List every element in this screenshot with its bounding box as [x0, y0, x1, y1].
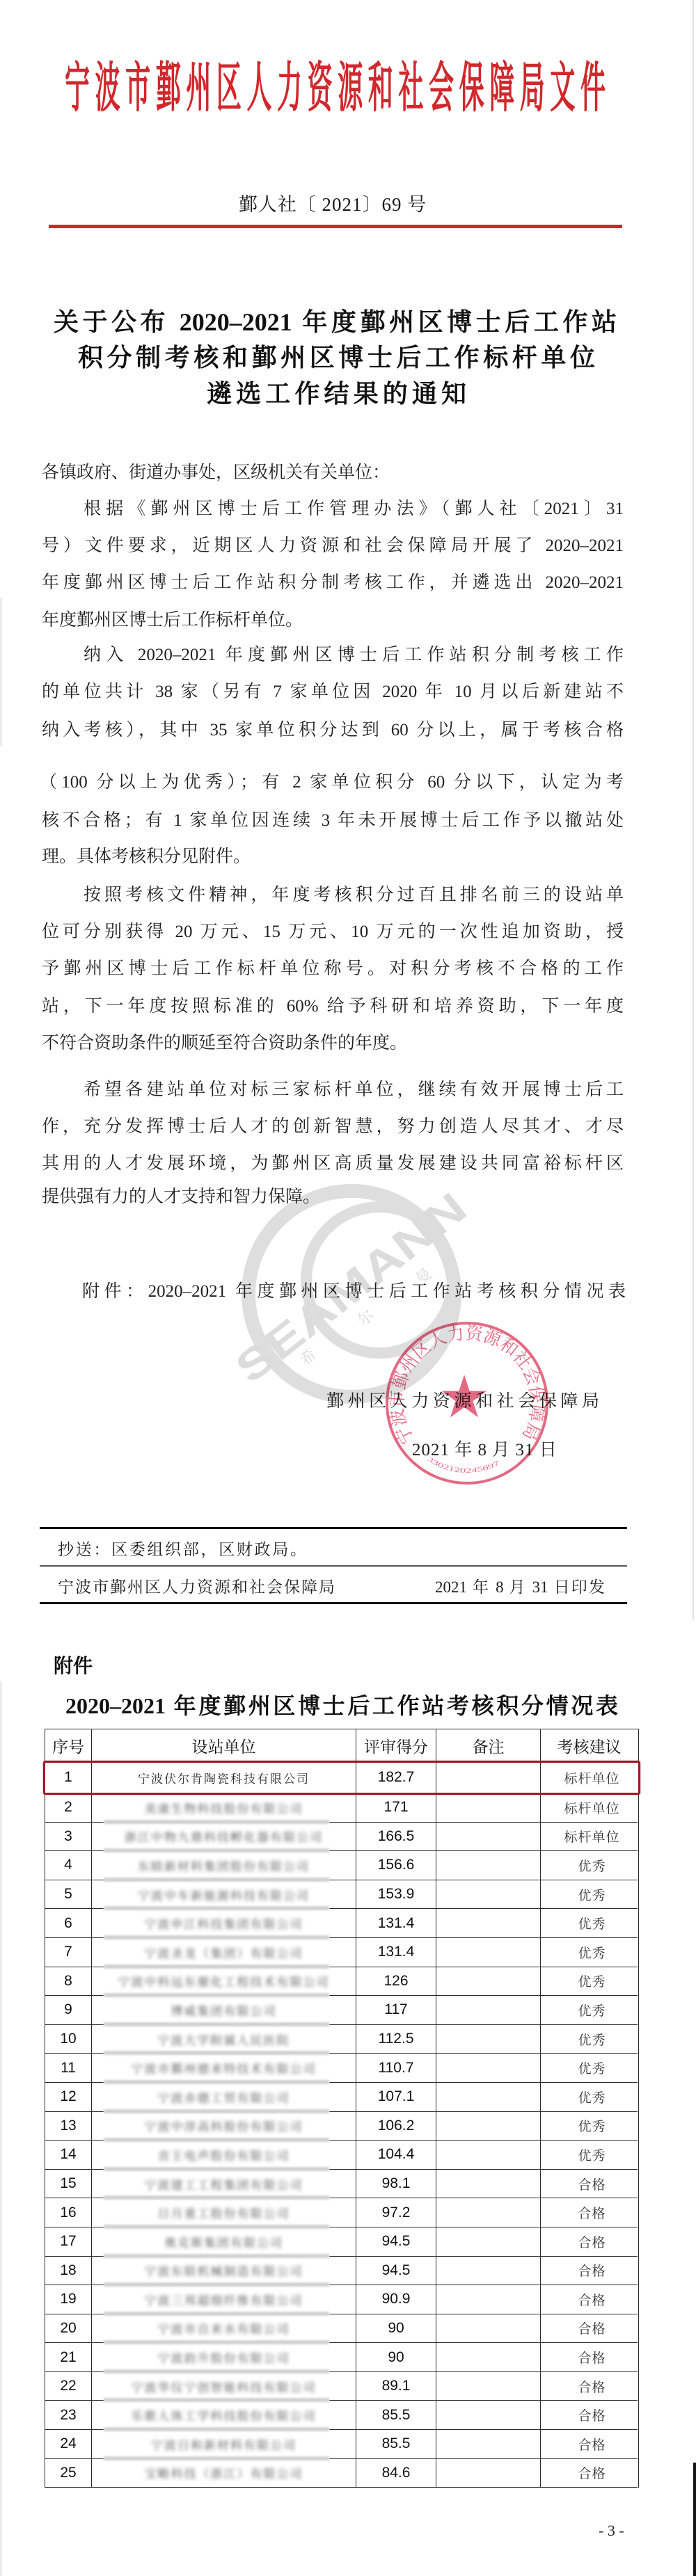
page-number: - 3 -: [599, 2521, 624, 2541]
cell-unit: 宁波东联机械制造有限公司: [92, 2257, 356, 2286]
cell-serial-no: 20: [45, 2314, 92, 2344]
seal-star-icon: [442, 1375, 487, 1418]
cell-serial-no: 2: [45, 1793, 92, 1823]
cell-remark: [436, 1909, 541, 1938]
cell-remark: [436, 1823, 541, 1852]
cell-remark: [436, 2198, 541, 2227]
unit-name: 浙江中物九鼎科技孵化器有限公司: [125, 1827, 323, 1845]
cell-unit: 宁波中淳高科股份有限公司: [92, 2112, 356, 2141]
annex-table-title: 2020–2021 年度鄞州区博士后工作站考核积分情况表: [65, 1692, 618, 1720]
cell-unit: 宁波三邦超细纤维有限公司: [92, 2285, 356, 2314]
cell-unit: 宁波华仪宁创智能科技有限公司: [92, 2372, 356, 2401]
issue-date: 2021 年 8 月 31 日印发: [435, 1576, 605, 1599]
cell-unit: 宁波中车新能源科技有限公司: [92, 1880, 356, 1910]
cell-remark: [436, 2141, 541, 2170]
cc-recipients: 抄送：区委组织部，区财政局。: [58, 1539, 306, 1561]
unit-name: 宁波建工工程集团有限公司: [145, 2175, 303, 2193]
unit-name: 东睦新材料集团股份有限公司: [138, 1857, 310, 1874]
table-row: 10 宁波大学附属人民医院 112.5 优秀: [45, 2025, 638, 2054]
table-row: 16 日月重工股份有限公司 97.2 合格: [45, 2198, 638, 2227]
cell-unit: 宁波日和新材料有限公司: [92, 2430, 356, 2459]
body-line: 理。具体考核积分见附件。: [42, 846, 251, 868]
cell-serial-no: 7: [45, 1938, 92, 1967]
unit-name: 宁波市鄞州德来特技术有限公司: [132, 2059, 317, 2077]
body-line: 希望各建站单位对标三家标杆单位，继续有效开展博士后工: [84, 1079, 624, 1101]
cell-serial-no: 11: [45, 2054, 92, 2083]
cell-unit: 宁波大学附属人民医院: [92, 2025, 356, 2054]
cell-serial-no: 14: [45, 2141, 92, 2170]
cell-suggestion: 合格: [541, 2430, 638, 2459]
seal-number-textpath: 3302120245697: [426, 1455, 501, 1475]
body-line: 纳入 2020–2021 年度鄞州区博士后工作站积分制考核工作: [84, 644, 624, 666]
cell-unit: 宁波市鄞州德来特技术有限公司: [92, 2054, 356, 2083]
cell-unit: 美康生物科技股份有限公司: [92, 1793, 356, 1823]
table-header-row: 序号 设站单位 评审得分 备注 考核建议: [45, 1729, 638, 1762]
cell-serial-no: 23: [45, 2401, 92, 2430]
table-row: 20 宁波市自来水有限公司 90 合格: [45, 2314, 638, 2344]
table-row: 8 宁波中科远东催化工程技术有限公司 126 优秀: [45, 1967, 638, 1997]
cell-unit: 宁波中科远东催化工程技术有限公司: [92, 1967, 356, 1997]
cell-suggestion: 优秀: [541, 1880, 638, 1910]
cell-remark: [436, 1967, 541, 1997]
table-row: 17 奥克斯集团有限公司 94.5 合格: [45, 2227, 638, 2257]
red-separator-line: [49, 225, 622, 228]
unit-name: 宝略科技（浙江）有限公司: [145, 2464, 303, 2481]
unit-name: 宁波日和新材料有限公司: [151, 2435, 296, 2453]
unit-name: 奥克斯集团有限公司: [164, 2233, 283, 2250]
cell-remark: [436, 2459, 541, 2488]
cell-remark: [436, 1793, 541, 1823]
cell-score: 153.9: [356, 1880, 436, 1910]
table-row: 13 宁波中淳高科股份有限公司 106.2 优秀: [45, 2112, 638, 2141]
table-row: 24 宁波日和新材料有限公司 85.5 合格: [45, 2430, 638, 2459]
page-edge-bar: [693, 2463, 696, 2576]
cell-remark: [436, 2025, 541, 2054]
seal-number-text: 3302120245697: [426, 1455, 501, 1475]
document-number: 鄞人社〔 2021〕69 号: [0, 193, 665, 216]
cell-score: 112.5: [356, 2025, 436, 2054]
cell-suggestion: 合格: [541, 2227, 638, 2257]
cell-suggestion: 优秀: [541, 1851, 638, 1880]
table-row: 21 宁波韵升股份有限公司 90 合格: [45, 2343, 638, 2372]
table-row: 4 东睦新材料集团股份有限公司 156.6 优秀: [45, 1851, 638, 1880]
cell-score: 131.4: [356, 1938, 436, 1967]
body-line: 年度鄞州区博士后工作站积分制考核工作，并遴选出 2020–2021: [42, 572, 624, 594]
table-row: 1 宁波伏尔肯陶瓷科技有限公司 182.7 标杆单位: [45, 1762, 638, 1793]
cell-unit: 宝略科技（浙江）有限公司: [92, 2459, 356, 2488]
cell-serial-no: 15: [45, 2170, 92, 2199]
cell-remark: [436, 2285, 541, 2314]
body-line: 予鄞州区博士后工作标杆单位称号。对积分考核不合格的工作: [42, 958, 624, 980]
official-seal-stamp: 宁波市鄞州区人力资源和社会保障局 3302120245697: [380, 1316, 554, 1490]
body-line: 核不合格；有 1 家单位因连续 3 年未开展博士后工作予以撤站处: [42, 810, 624, 832]
cell-suggestion: 合格: [541, 2285, 638, 2314]
cell-serial-no: 6: [45, 1909, 92, 1938]
cell-suggestion: 合格: [541, 2401, 638, 2430]
unit-name: 宁波中车新能源科技有限公司: [138, 1886, 310, 1903]
distribution-middle-rule: [40, 1565, 627, 1567]
cell-score: 131.4: [356, 1909, 436, 1938]
table-row: 2 美康生物科技股份有限公司 171 标杆单位: [45, 1793, 638, 1823]
unit-name: 宁波申江科技集团有限公司: [145, 1914, 303, 1932]
cell-serial-no: 25: [45, 2459, 92, 2488]
cell-suggestion: 合格: [541, 2170, 638, 2199]
cell-score: 85.5: [356, 2430, 436, 2459]
cell-score: 90: [356, 2314, 436, 2344]
notice-title-line-1: 关于公布 2020–2021 年度鄞州区博士后工作站: [54, 307, 617, 337]
cell-suggestion: 标杆单位: [541, 1823, 638, 1852]
cell-unit: 宁波市自来水有限公司: [92, 2314, 356, 2344]
column-header-unit: 设站单位: [92, 1729, 356, 1762]
cell-suggestion: 合格: [541, 2257, 638, 2286]
cell-score: 107.1: [356, 2083, 436, 2112]
cell-score: 89.1: [356, 2372, 436, 2401]
body-line: 其用的人才发展环境，为鄞州区高质量发展建设共同富裕标杆区: [42, 1153, 624, 1175]
assessment-score-table: 序号 设站单位 评审得分 备注 考核建议 1 宁波伏尔肯陶瓷科技有限公司 182…: [45, 1729, 639, 2488]
column-header-remark: 备注: [436, 1729, 541, 1762]
unit-name: 宁波赤德工贸有限公司: [158, 2088, 290, 2106]
cell-unit: 音王电声股份有限公司: [92, 2141, 356, 2170]
column-header-no: 序号: [45, 1729, 92, 1762]
cell-serial-no: 21: [45, 2343, 92, 2372]
notice-title-line-2: 积分制考核和鄞州区博士后工作标杆单位: [78, 342, 595, 373]
unit-name: 宁波圣龙（集团）有限公司: [145, 1944, 303, 1961]
cell-serial-no: 10: [45, 2025, 92, 2054]
unit-name: 宁波东联机械制造有限公司: [145, 2262, 303, 2279]
cell-score: 126: [356, 1967, 436, 1997]
cell-remark: [436, 1762, 541, 1793]
attachment-note: 附件：2020–2021 年度鄞州区博士后工作站考核积分情况表: [82, 1281, 626, 1303]
body-line: 按照考核文件精神，年度考核积分过百且排名前三的设站单: [84, 884, 624, 906]
unit-name: 宁波三邦超细纤维有限公司: [145, 2291, 303, 2308]
unit-name: 宁波韵升股份有限公司: [158, 2349, 290, 2366]
cell-remark: [436, 2430, 541, 2459]
body-line: 年度鄞州区博士后工作标杆单位。: [42, 609, 303, 632]
body-line: 号）文件要求，近期区人力资源和社会保障局开展了 2020–2021: [42, 535, 624, 557]
cell-score: 106.2: [356, 2112, 436, 2141]
cell-remark: [436, 2112, 541, 2141]
cell-suggestion: 优秀: [541, 2025, 638, 2054]
unit-name: 日月重工股份有限公司: [158, 2204, 290, 2221]
cell-remark: [436, 2083, 541, 2112]
cell-suggestion: 合格: [541, 2314, 638, 2344]
body-line: 纳入考核），其中 35 家单位积分达到 60 分以上，属于考核合格: [42, 719, 624, 742]
body-line: （100 分以上为优秀）；有 2 家单位积分 60 分以下，认定为考: [40, 771, 624, 794]
cell-score: 166.5: [356, 1823, 436, 1852]
table-row: 5 宁波中车新能源科技有限公司 153.9 优秀: [45, 1880, 638, 1910]
cell-score: 117: [356, 1996, 436, 2025]
cell-score: 171: [356, 1793, 436, 1823]
cell-serial-no: 1: [45, 1762, 92, 1793]
body-line: 作，充分发挥博士后人才的创新智慧，努力创造人尽其才、才尽: [42, 1116, 624, 1138]
cell-serial-no: 22: [45, 2372, 92, 2401]
cell-serial-no: 17: [45, 2227, 92, 2257]
cell-suggestion: 优秀: [541, 2054, 638, 2083]
page-edge-line: [0, 1681, 2, 2576]
cell-unit: 乐歌人体工学科技股份有限公司: [92, 2401, 356, 2430]
unit-name: 宁波大学附属人民医院: [158, 2031, 290, 2048]
cell-score: 182.7: [356, 1762, 436, 1793]
table-row: 23 乐歌人体工学科技股份有限公司 85.5 合格: [45, 2401, 638, 2430]
cell-remark: [436, 2170, 541, 2199]
cell-suggestion: 优秀: [541, 1909, 638, 1938]
cell-serial-no: 12: [45, 2083, 92, 2112]
table-row: 25 宝略科技（浙江）有限公司 84.6 合格: [45, 2459, 638, 2488]
cell-serial-no: 13: [45, 2112, 92, 2141]
cell-remark: [436, 2314, 541, 2344]
unit-name: 宁波中科远东催化工程技术有限公司: [118, 1972, 330, 1990]
issuing-office: 宁波市鄞州区人力资源和社会保障局: [58, 1576, 335, 1599]
cell-suggestion: 优秀: [541, 1996, 638, 2025]
unit-name: 宁波市自来水有限公司: [158, 2319, 290, 2337]
cell-serial-no: 5: [45, 1880, 92, 1910]
unit-name: 宁波华仪宁创智能科技有限公司: [132, 2378, 317, 2395]
table-row: 15 宁波建工工程集团有限公司 98.1 合格: [45, 2170, 638, 2199]
cell-suggestion: 标杆单位: [541, 1793, 638, 1823]
cell-score: 94.5: [356, 2227, 436, 2257]
salutation: 各镇政府、街道办事处，区级机关有关单位：: [42, 462, 390, 484]
cell-suggestion: 合格: [541, 2198, 638, 2227]
page-edge-line: [693, 0, 694, 1621]
table-row: 7 宁波圣龙（集团）有限公司 131.4 优秀: [45, 1938, 638, 1967]
cell-suggestion: 合格: [541, 2372, 638, 2401]
cell-unit: 宁波伏尔肯陶瓷科技有限公司: [92, 1762, 356, 1793]
cell-suggestion: 优秀: [541, 1938, 638, 1967]
body-line: 位可分别获得 20 万元、15 万元、10 万元的一次性追加资助，授: [42, 921, 624, 943]
cell-unit: 博威集团有限公司: [92, 1996, 356, 2025]
table-row: 3 浙江中物九鼎科技孵化器有限公司 166.5 标杆单位: [45, 1823, 638, 1852]
table-row: 6 宁波申江科技集团有限公司 131.4 优秀: [45, 1909, 638, 1938]
unit-name: 博威集团有限公司: [171, 2001, 277, 2019]
cell-score: 97.2: [356, 2198, 436, 2227]
table-row: 19 宁波三邦超细纤维有限公司 90.9 合格: [45, 2285, 638, 2314]
cell-suggestion: 优秀: [541, 2083, 638, 2112]
cell-remark: [436, 2227, 541, 2257]
cell-score: 104.4: [356, 2141, 436, 2170]
cell-unit: 宁波韵升股份有限公司: [92, 2343, 356, 2372]
body-line: 站，下一年度按照标准的 60% 给予科研和培养资助，下一年度: [42, 995, 624, 1018]
cell-score: 85.5: [356, 2401, 436, 2430]
cell-score: 90: [356, 2343, 436, 2372]
cell-unit: 宁波圣龙（集团）有限公司: [92, 1938, 356, 1967]
unit-name: 音王电声股份有限公司: [158, 2146, 290, 2163]
cell-score: 98.1: [356, 2170, 436, 2199]
cell-unit: 东睦新材料集团股份有限公司: [92, 1851, 356, 1880]
table-row: 18 宁波东联机械制造有限公司 94.5 合格: [45, 2257, 638, 2286]
annex-label: 附件: [54, 1654, 93, 1679]
cell-serial-no: 16: [45, 2198, 92, 2227]
cell-serial-no: 24: [45, 2430, 92, 2459]
cell-serial-no: 4: [45, 1851, 92, 1880]
cell-remark: [436, 2372, 541, 2401]
body-line: 的单位共计 38 家（另有 7 家单位因 2020 年 10 月以后新建站不: [42, 681, 624, 703]
unit-name: 美康生物科技股份有限公司: [145, 1799, 303, 1816]
cell-serial-no: 8: [45, 1967, 92, 1997]
page-edge-line: [0, 598, 2, 746]
cell-suggestion: 优秀: [541, 2112, 638, 2141]
cell-serial-no: 9: [45, 1996, 92, 2025]
cell-remark: [436, 2401, 541, 2430]
cell-unit: 日月重工股份有限公司: [92, 2198, 356, 2227]
table-row: 14 音王电声股份有限公司 104.4 优秀: [45, 2141, 638, 2170]
cell-unit: 浙江中物九鼎科技孵化器有限公司: [92, 1823, 356, 1852]
cell-suggestion: 标杆单位: [541, 1762, 638, 1793]
cell-remark: [436, 2054, 541, 2083]
cell-score: 90.9: [356, 2285, 436, 2314]
body-line: 不符合资助条件的顺延至符合资助条件的年度。: [42, 1032, 407, 1055]
cell-unit: 奥克斯集团有限公司: [92, 2227, 356, 2257]
cell-suggestion: 合格: [541, 2343, 638, 2372]
cell-remark: [436, 2257, 541, 2286]
table-row: 12 宁波赤德工贸有限公司 107.1 优秀: [45, 2083, 638, 2112]
issuing-authority-title: 宁波市鄞州区人力资源和社会保障局文件: [65, 61, 606, 115]
cell-serial-no: 3: [45, 1823, 92, 1852]
cell-remark: [436, 1938, 541, 1967]
cell-remark: [436, 1851, 541, 1880]
cell-serial-no: 18: [45, 2257, 92, 2286]
cell-score: 94.5: [356, 2257, 436, 2286]
cell-unit: 宁波赤德工贸有限公司: [92, 2083, 356, 2112]
table-row: 22 宁波华仪宁创智能科技有限公司 89.1 合格: [45, 2372, 638, 2401]
cell-unit: 宁波申江科技集团有限公司: [92, 1909, 356, 1938]
unit-name: 宁波伏尔肯陶瓷科技有限公司: [138, 1769, 310, 1786]
column-header-score: 评审得分: [356, 1729, 436, 1762]
table-row: 11 宁波市鄞州德来特技术有限公司 110.7 优秀: [45, 2054, 638, 2083]
body-line: 提供强有力的人才支持和智力保障。: [42, 1186, 320, 1208]
distribution-top-rule: [40, 1527, 627, 1529]
column-header-suggestion: 考核建议: [541, 1729, 638, 1762]
cell-remark: [436, 1880, 541, 1910]
unit-name: 宁波中淳高科股份有限公司: [145, 2117, 303, 2134]
distribution-bottom-rule: [40, 1602, 627, 1604]
cell-suggestion: 优秀: [541, 1967, 638, 1997]
body-line: 根据《鄞州区博士后工作管理办法》（鄞人社〔2021〕31: [84, 498, 624, 520]
cell-remark: [436, 1996, 541, 2025]
cell-score: 110.7: [356, 2054, 436, 2083]
table-row: 9 博威集团有限公司 117 优秀: [45, 1996, 638, 2025]
unit-name: 乐歌人体工学科技股份有限公司: [132, 2406, 317, 2424]
cell-unit: 宁波建工工程集团有限公司: [92, 2170, 356, 2199]
cell-score: 156.6: [356, 1851, 436, 1880]
notice-title-line-3: 遴选工作结果的通知: [207, 378, 466, 409]
cell-suggestion: 合格: [541, 2459, 638, 2488]
cell-serial-no: 19: [45, 2285, 92, 2314]
cell-remark: [436, 2343, 541, 2372]
cell-suggestion: 优秀: [541, 2141, 638, 2170]
cell-score: 84.6: [356, 2459, 436, 2488]
